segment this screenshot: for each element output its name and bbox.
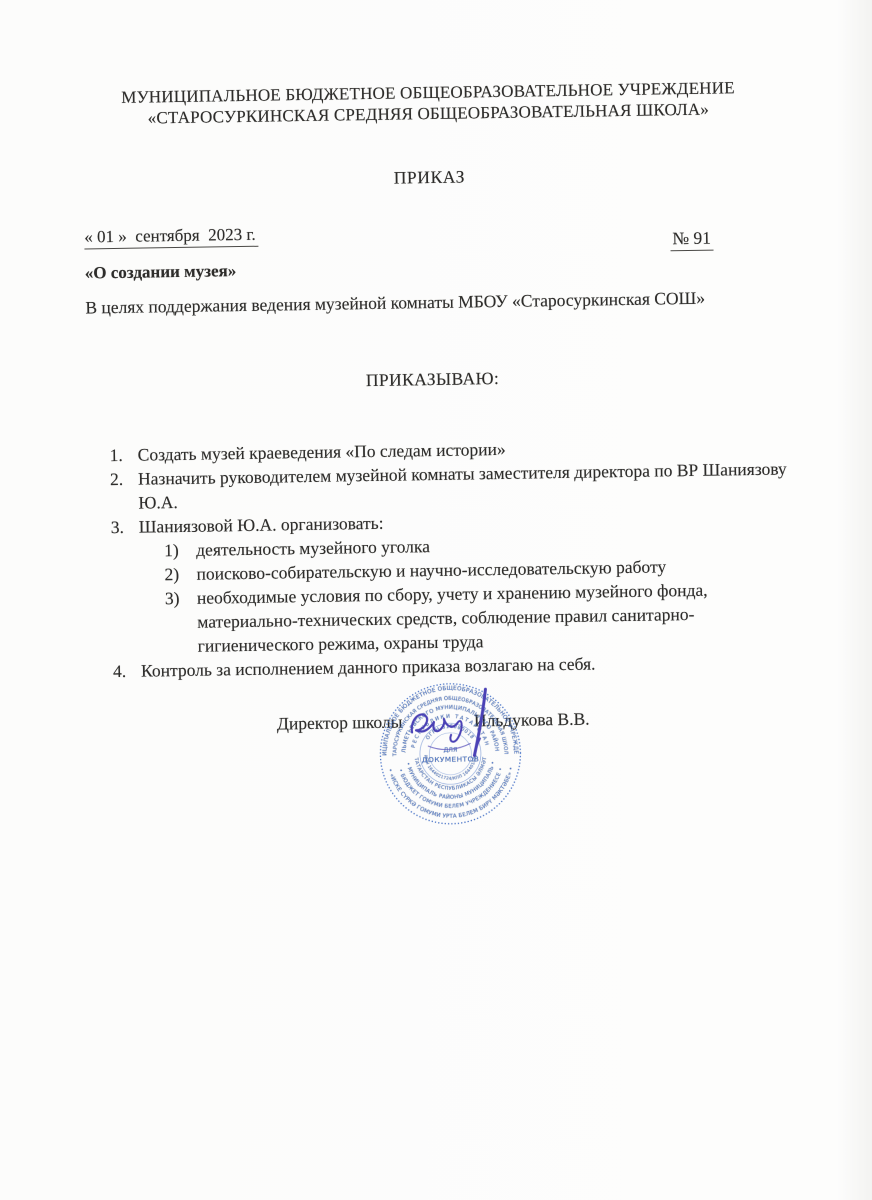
order-item-number: 2.: [110, 467, 138, 491]
doc-type-title: ПРИКАЗ: [0, 160, 865, 195]
org-header: МУНИЦИПАЛЬНОЕ БЮДЖЕТНОЕ ОБЩЕОБРАЗОВАТЕЛЬ…: [0, 75, 864, 131]
subject-line: «О создании музея»: [85, 261, 237, 283]
document-page: МУНИЦИПАЛЬНОЕ БЮДЖЕТНОЕ ОБЩЕОБРАЗОВАТЕЛЬ…: [0, 0, 872, 1200]
order-sublist: 1)деятельность музейного уголка2)поисков…: [164, 528, 803, 658]
order-item-number: 1.: [109, 443, 137, 467]
order-item-number: 3.: [111, 515, 139, 539]
number-field: № 91: [670, 228, 713, 252]
date-field: « 01 » сентября 2023 г.: [84, 225, 259, 250]
resolution-word: ПРИКАЗЫВАЮ:: [0, 362, 869, 397]
order-item-number: 4.: [113, 659, 141, 683]
order-subitem-number: 2): [164, 562, 196, 586]
order-subitem-number: 3): [165, 586, 197, 610]
handwritten-signature-icon: [399, 687, 520, 779]
preamble-text: В целях поддержания ведения музейной ком…: [85, 288, 705, 319]
order-list: 1.Создать музей краеведения «По следам и…: [109, 432, 803, 683]
order-subitem-text: необходимые условия по сбору, учету и хр…: [197, 576, 803, 657]
order-document: МУНИЦИПАЛЬНОЕ БЮДЖЕТНОЕ ОБЩЕОБРАЗОВАТЕЛЬ…: [0, 0, 872, 1200]
order-subitem-number: 1): [164, 538, 196, 562]
order-subitem: 3)необходимые условия по сбору, учету и …: [165, 576, 803, 658]
